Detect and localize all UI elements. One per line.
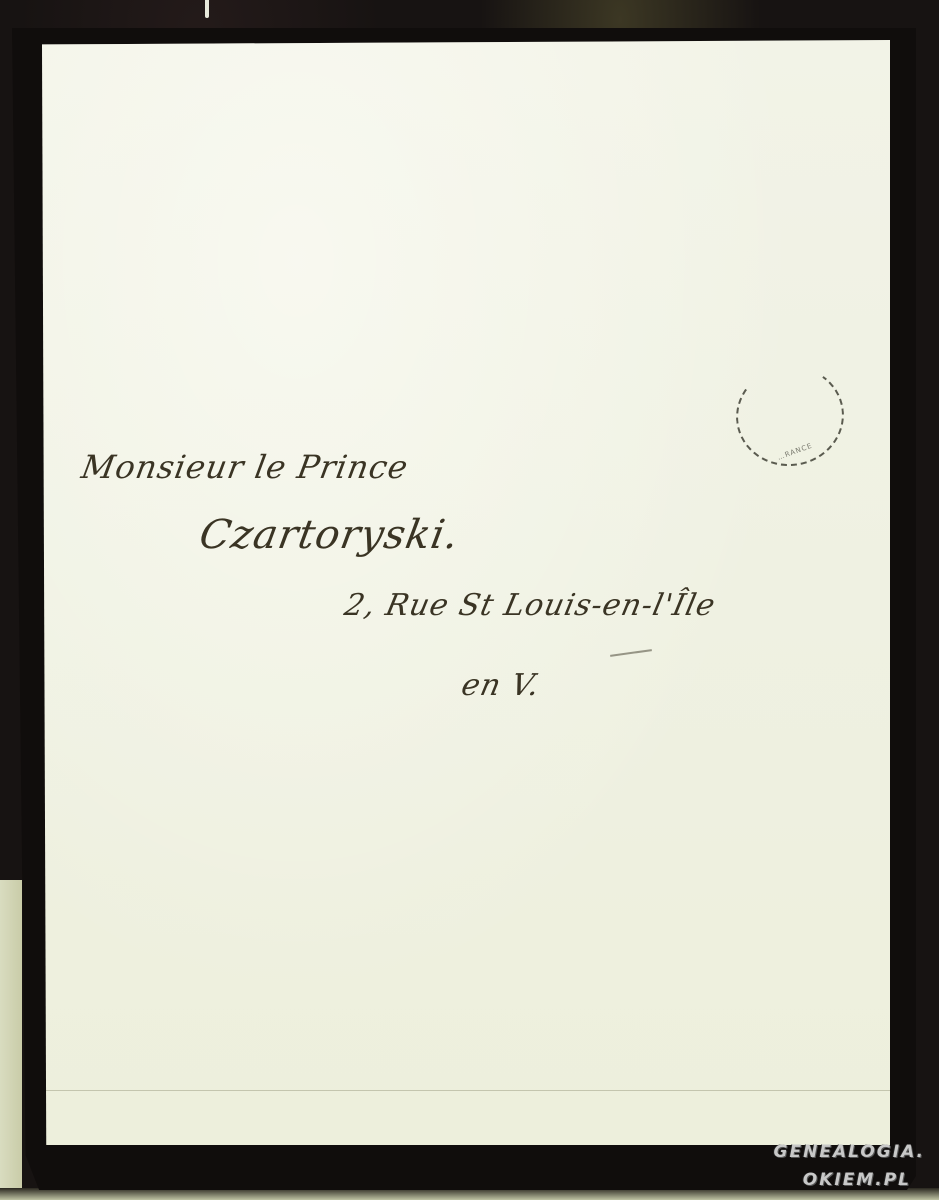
paper-tear-mark	[205, 0, 209, 18]
address-line-name: Czartoryski.	[196, 512, 463, 558]
address-line-street: 2, Rue St Louis-en-l'Île	[341, 588, 719, 623]
address-line-city: en V.	[458, 668, 543, 703]
address-line-salutation: Monsieur le Prince	[79, 448, 412, 486]
watermark-line-2: OKIEM.PL	[711, 1170, 911, 1190]
scanner-edge-left	[0, 880, 22, 1200]
watermark-line-1: GENEALOGIA.	[725, 1142, 925, 1162]
